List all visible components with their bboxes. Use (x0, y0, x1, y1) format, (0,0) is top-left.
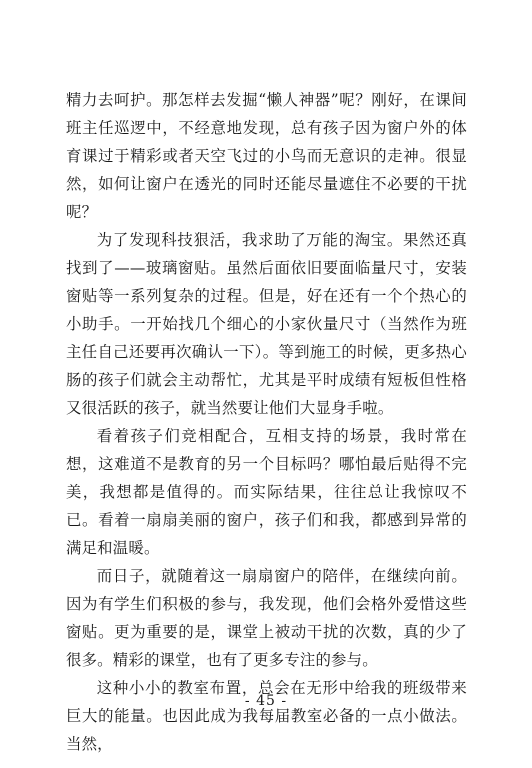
body-text: 精力去呵护。那怎样去发掘“懒人神器”呢？刚好，在课间班主任巡逻中，不经意地发现，… (66, 86, 467, 758)
paragraph-2: 为了发现科技狠活，我求助了万能的淘宝。果然还真找到了——玻璃窗贴。虽然后面依旧要… (66, 226, 467, 422)
paragraph-3: 看着孩子们竞相配合，互相支持的场景，我时常在想，这难道不是教育的另一个目标吗？哪… (66, 422, 467, 562)
book-page: 精力去呵护。那怎样去发掘“懒人神器”呢？刚好，在课间班主任巡逻中，不经意地发现，… (0, 0, 532, 768)
paragraph-5: 这种小小的教室布置，总会在无形中给我的班级带来巨大的能量。也因此成为我每届教室必… (66, 674, 467, 758)
page-number: - 45 - (0, 692, 532, 710)
paragraph-1: 精力去呵护。那怎样去发掘“懒人神器”呢？刚好，在课间班主任巡逻中，不经意地发现，… (66, 86, 467, 226)
paragraph-4: 而日子，就随着这一扇扇窗户的陪伴，在继续向前。因为有学生们积极的参与，我发现，他… (66, 562, 467, 674)
